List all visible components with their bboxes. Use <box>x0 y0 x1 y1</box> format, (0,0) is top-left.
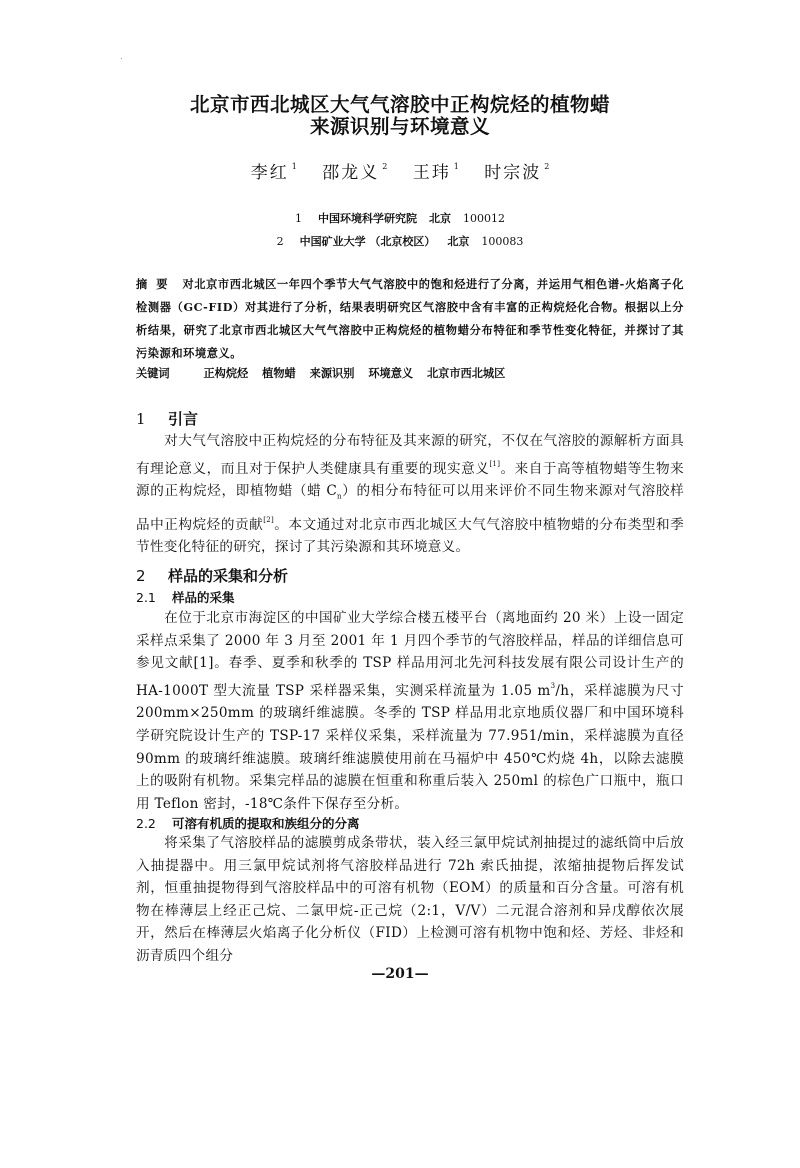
keywords-label: 关键词 <box>136 366 170 380</box>
abstract: 摘要对北京市西北城区一年四个季节大气气溶胶中的饱和烃进行了分离，并运用气相色谱-… <box>136 273 684 365</box>
citation-ref: [1] <box>489 460 500 468</box>
keyword: 正构烷烃 <box>203 366 248 380</box>
abstract-text: 对北京市西北城区一年四个季节大气气溶胶中的饱和烃进行了分离，并运用气相色谱-火焰… <box>136 277 684 360</box>
author-affil-mark: 1 <box>292 162 297 171</box>
author-name: 邵龙义 <box>322 163 379 183</box>
paper-title-line1: 北京市西北城区大气气溶胶中正构烷烃的植物蜡 <box>0 94 800 116</box>
author: 邵龙义2 <box>322 163 387 183</box>
author-name: 王玮 <box>413 163 451 183</box>
scan-speck <box>121 58 122 59</box>
affiliation: 2中国矿业大学 （北京校区）北京100083 <box>0 233 800 249</box>
page-number: —201— <box>0 966 800 982</box>
subsection-number: 2.1 <box>136 590 172 605</box>
affiliation-city: 北京 <box>447 235 469 248</box>
paper-title-line2: 来源识别与环境意义 <box>0 116 800 138</box>
author: 时宗波2 <box>484 163 549 183</box>
keywords: 关键词 正构烷烃 植物蜡 来源识别 环境意义 北京市西北城区 <box>136 365 515 381</box>
subsection-title: 样品的采集 <box>172 590 235 605</box>
keyword: 环境意义 <box>368 366 413 380</box>
affiliation-org: 中国环境科学研究院 <box>318 212 417 225</box>
author-list: 李红1 邵龙义2 王玮1 时宗波2 <box>0 158 800 183</box>
section-title: 引言 <box>168 410 198 428</box>
keyword: 来源识别 <box>310 366 355 380</box>
paragraph-introduction: 对大气气溶胶中正构烷烃的分布特征及其来源的研究，不仅在气溶胶的源解析方面具有理论… <box>136 430 684 559</box>
keyword: 北京市西北城区 <box>427 366 505 380</box>
affiliation-number: 1 <box>295 212 302 225</box>
affiliation: 1中国环境科学研究院北京100012 <box>0 210 800 226</box>
affiliation-number: 2 <box>277 235 284 248</box>
author-affil-mark: 1 <box>454 162 459 171</box>
section-number: 1 <box>136 410 168 428</box>
paragraph-text: /h，采样滤膜为尺寸 200mm×250mm 的玻璃纤维滤膜。冬季的 TSP 样… <box>136 683 684 812</box>
author: 李红1 <box>251 163 297 183</box>
section-heading-sampling: 2样品的采集和分析 <box>136 565 288 586</box>
paragraph-text: 将采集了气溶胶样品的滤膜剪成条带状，装入经三氯甲烷试剂抽提过的滤纸筒中后放入抽提… <box>136 835 684 964</box>
citation-ref: [2] <box>263 516 274 524</box>
author-affil-mark: 2 <box>382 162 387 171</box>
section-heading-introduction: 1引言 <box>136 408 198 429</box>
paragraph-sample-collection: 在位于北京市海淀区的中国矿业大学综合楼五楼平台（离地面约 20 米）上设一固定采… <box>136 607 684 815</box>
affiliation-org: 中国矿业大学 （北京校区） <box>300 235 436 248</box>
subsection-heading-extraction: 2.2可溶有机质的提取和族组分的分离 <box>136 814 360 832</box>
abstract-label: 摘要 <box>136 277 176 291</box>
section-number: 2 <box>136 567 168 585</box>
affiliation-zip: 100012 <box>463 212 505 225</box>
subsection-heading-sample-collection: 2.1样品的采集 <box>136 588 235 606</box>
author-name: 李红 <box>251 163 289 183</box>
author-affil-mark: 2 <box>544 162 549 171</box>
section-title: 样品的采集和分析 <box>168 567 288 585</box>
subsection-number: 2.2 <box>136 816 172 831</box>
paragraph-extraction: 将采集了气溶胶样品的滤膜剪成条带状，装入经三氯甲烷试剂抽提过的滤纸筒中后放入抽提… <box>136 832 684 968</box>
paper-page: 北京市西北城区大气气溶胶中正构烷烃的植物蜡 来源识别与环境意义 李红1 邵龙义2… <box>0 0 800 1168</box>
author-name: 时宗波 <box>484 163 541 183</box>
subsection-title: 可溶有机质的提取和族组分的分离 <box>172 816 360 831</box>
affiliation-city: 北京 <box>429 212 451 225</box>
affiliation-zip: 100083 <box>481 235 523 248</box>
author: 王玮1 <box>413 163 459 183</box>
keyword: 植物蜡 <box>262 366 296 380</box>
